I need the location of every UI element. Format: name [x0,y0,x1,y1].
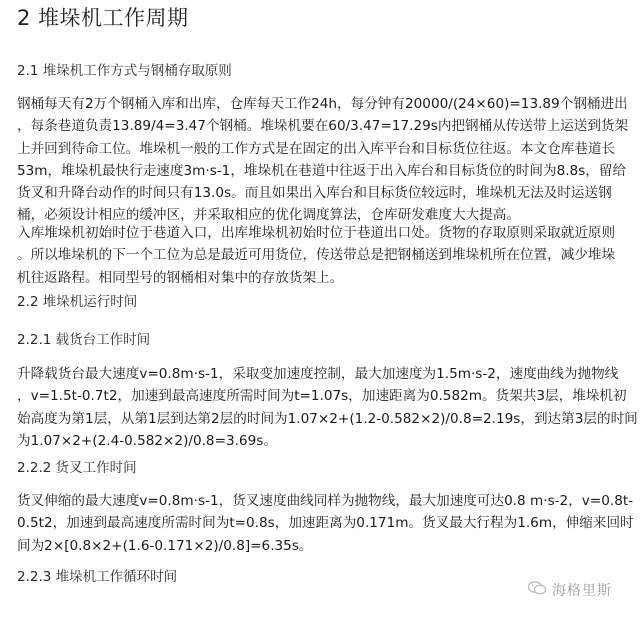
text-line: 为1.07×2+(2.4-0.582×2)/0.8=3.69s。 [17,430,629,452]
paragraph-2-1-b: 入库堆垛机初始时位于巷道入口，出库堆垛机初始时位于巷道出口处。货物的存取原则采取… [17,222,629,289]
text-line: ，v=1.5t-0.7t2，加速到最高速度所需时间为t=1.07s，加速距离为0… [17,385,629,407]
paragraph-2-1-a: 钢桶每天有2万个钢桶入库和出库，仓库每天工作24h，每分钟有20000/(24×… [17,93,629,227]
paragraph-2-2-1: 升降载货台最大速度v=0.8m·s-1，采取变加速度控制，最大加速度为1.5m·… [17,363,629,452]
text-line: 货叉伸缩的最大速度v=0.8m·s-1，货叉速度曲线同样为抛物线，最大加速度可达… [17,490,629,512]
section-heading-2-2: 2.2 堆垛机运行时间 [17,293,137,311]
text-line: 上并回到待命工位。堆垛机一般的工作方式是在固定的出入库平台和目标货位往返。本文仓… [17,138,629,160]
text-line: 货叉和升降台动作的时间只有13.0s。而且如果出入库台和目标货位较远时，堆垛机无… [17,182,629,204]
text-line: 机往返路程。相同型号的钢桶相对集中的存放货架上。 [17,267,629,289]
text-line: ，每条巷道负责13.89/4=3.47个钢桶。堆垛机要在60/3.47=17.2… [17,115,629,137]
text-line: 0.5t2，加速到最高速度所需时间为t=0.8s，加速距离为0.171m。货叉最… [17,512,629,534]
text-line: 53m，堆垛机最快行走速度3m·s-1，堆垛机在巷道中往返于出入库台和目标货位的… [17,160,629,182]
section-heading-2-1: 2.1 堆垛机工作方式与钢桶存取原则 [17,62,232,80]
watermark-text: 海格里斯 [552,580,612,600]
text-line: 钢桶每天有2万个钢桶入库和出库，仓库每天工作24h，每分钟有20000/(24×… [17,93,629,115]
section-heading-2-2-1: 2.2.1 载货台工作时间 [17,331,150,349]
section-heading-2-2-3: 2.2.3 堆垛机工作循环时间 [17,568,177,586]
wechat-icon [527,580,547,600]
text-line: 入库堆垛机初始时位于巷道入口，出库堆垛机初始时位于巷道出口处。货物的存取原则采取… [17,222,629,244]
paragraph-2-2-2: 货叉伸缩的最大速度v=0.8m·s-1，货叉速度曲线同样为抛物线，最大加速度可达… [17,490,629,557]
text-line: 升降载货台最大速度v=0.8m·s-1，采取变加速度控制，最大加速度为1.5m·… [17,363,629,385]
text-line: 。所以堆垛机的下一个工位为总是最近可用货位，传送带总是把钢桶送到堆垛机所在位置，… [17,244,629,266]
document-title: 2 堆垛机工作周期 [17,3,189,33]
watermark: 海格里斯 [527,580,612,600]
text-line: 间为2×[0.8×2+(1.6-0.171×2)/0.8]=6.35s。 [17,535,629,557]
section-heading-2-2-2: 2.2.2 货叉工作时间 [17,459,137,477]
text-line: 始高度为第1层，从第1层到达第2层的时间为1.07×2+(1.2-0.582×2… [17,408,629,430]
